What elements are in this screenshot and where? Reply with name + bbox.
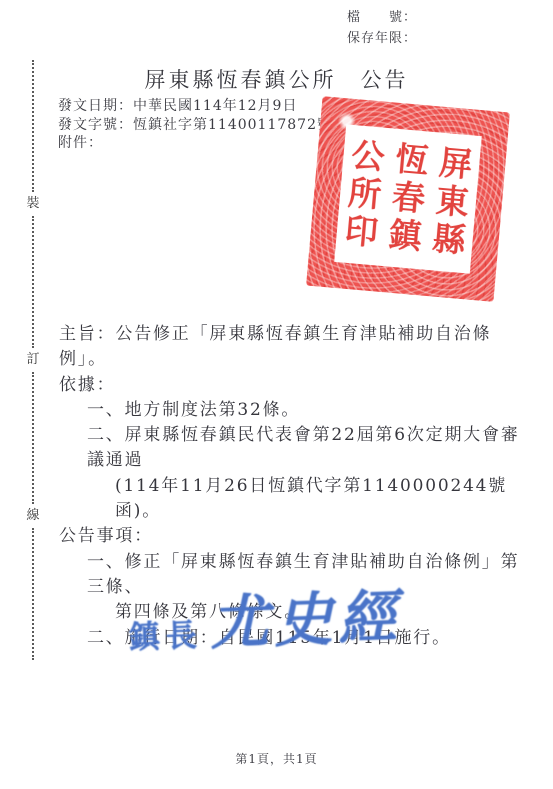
mayor-title: 鎮長 bbox=[128, 610, 204, 666]
issue-date-line: 發文日期：中華民國114年12月9日 bbox=[58, 97, 332, 116]
official-seal-characters: 屏東縣 恆春鎮 公所印 bbox=[334, 124, 482, 273]
announcement-matters-heading: 公告事項： bbox=[59, 524, 529, 549]
binding-dotted-line bbox=[32, 216, 34, 348]
page-title: 屏東縣恆春鎮公所 公告 bbox=[0, 64, 553, 94]
binding-char-zhuang: 裝 bbox=[26, 192, 39, 216]
binding-margin-rail: 裝 訂 線 bbox=[26, 60, 40, 660]
mayor-name-signature: 尤史經 bbox=[201, 570, 404, 663]
basis-item-2: 二、屏東縣恆春鎮民代表會第22屆第6次定期大會審議通過 bbox=[59, 423, 529, 474]
binding-char-xian: 線 bbox=[26, 504, 39, 528]
mayor-signature-stamp: 鎮長 尤史經 bbox=[126, 560, 429, 665]
attachment-line: 附件： bbox=[58, 134, 332, 153]
binding-char-ding: 訂 bbox=[26, 348, 39, 372]
page-number: 第1頁，共1頁 bbox=[0, 750, 553, 767]
retention-period-label: 保存年限： bbox=[347, 28, 417, 49]
basis-heading: 依據： bbox=[59, 373, 529, 398]
doc-number-line: 發文字號：恆鎮社字第11400117872號 bbox=[58, 116, 332, 135]
basis-item-1: 一、地方制度法第32條。 bbox=[59, 398, 529, 423]
subject-line: 主旨：公告修正「屏東縣恆春鎮生育津貼補助自治條例」。 bbox=[59, 322, 529, 373]
announcement-document-page: 裝 訂 線 檔 號： 保存年限： 屏東縣恆春鎮公所 公告 發文日期：中華民國11… bbox=[0, 0, 553, 789]
binding-dotted-line bbox=[32, 528, 34, 660]
document-meta-block: 發文日期：中華民國114年12月9日 發文字號：恆鎮社字第11400117872… bbox=[58, 97, 332, 153]
archive-info-block: 檔 號： 保存年限： bbox=[347, 7, 417, 49]
binding-dotted-line bbox=[32, 372, 34, 504]
official-seal: 屏東縣 恆春鎮 公所印 bbox=[306, 96, 510, 302]
archive-number-label: 檔 號： bbox=[347, 7, 417, 28]
basis-item-2-continued: (114年11月26日恆鎮代字第1140000244號函)。 bbox=[59, 474, 529, 525]
